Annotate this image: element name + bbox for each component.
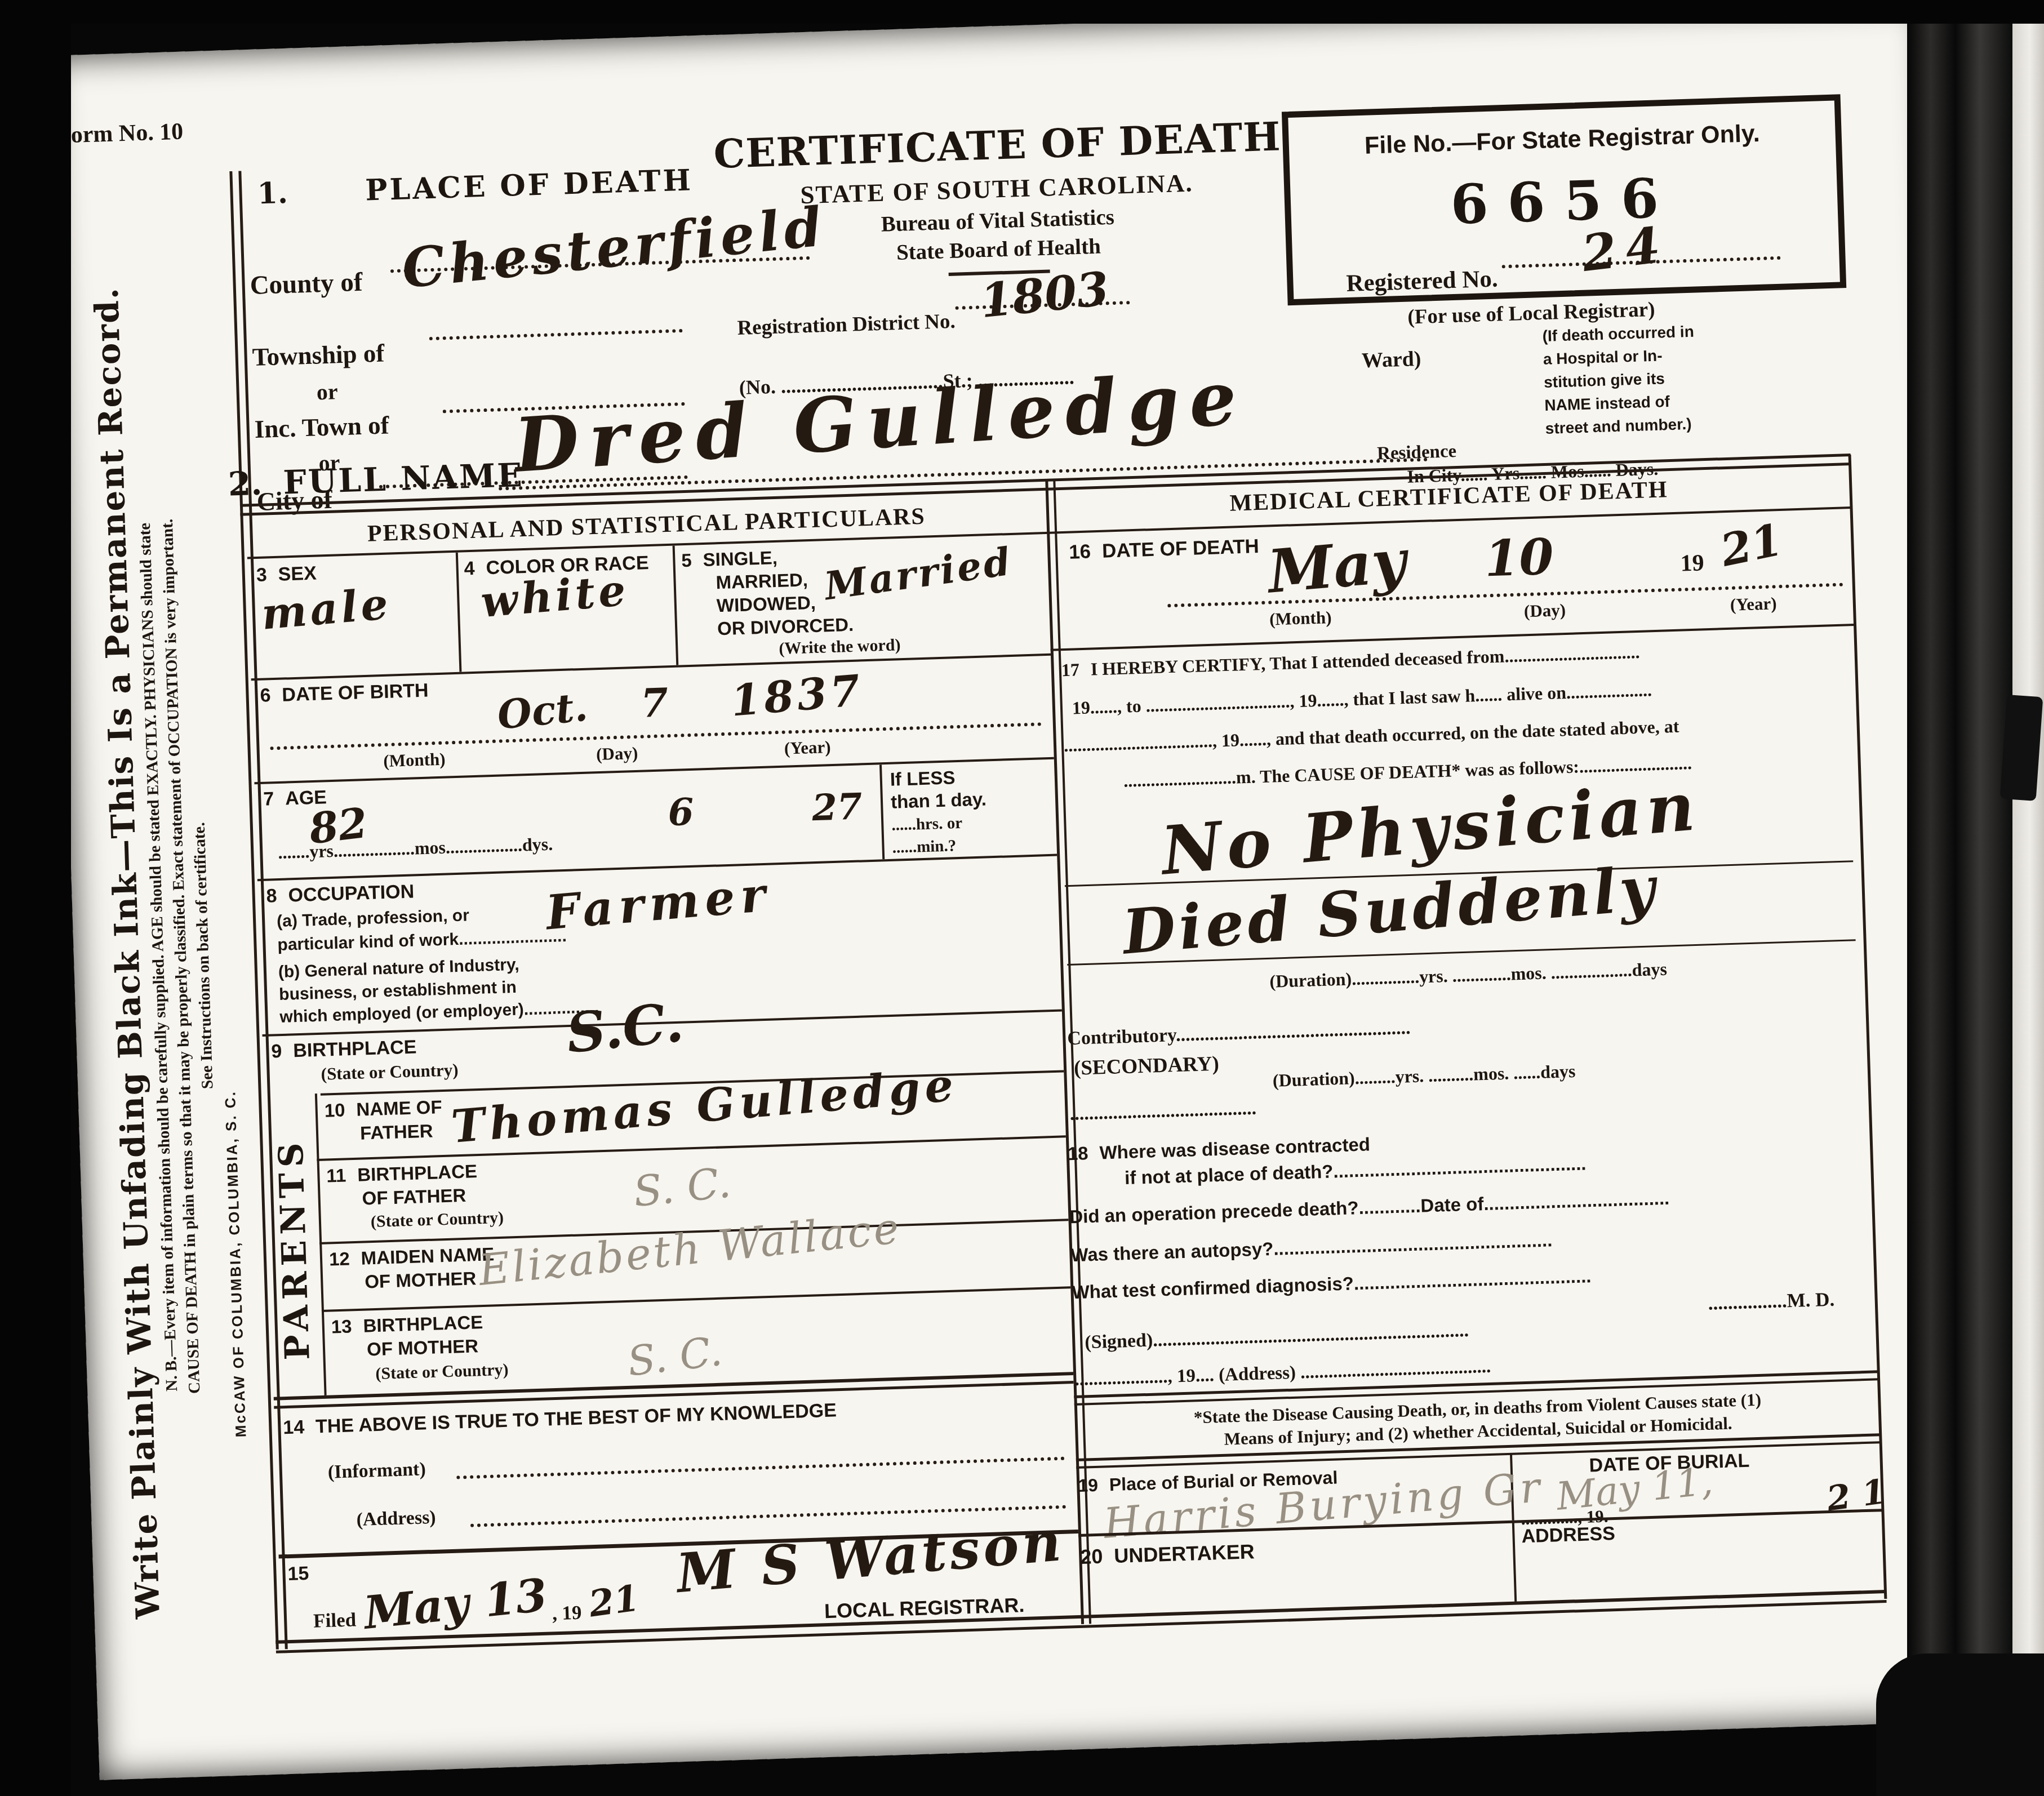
scan-right-white-strip (2012, 0, 2044, 1796)
undertaker-address-label: ADDRESS (1521, 1523, 1615, 1548)
filed-date-value: May 13 (361, 1568, 549, 1639)
dob-day-label: (Day) (596, 743, 638, 764)
file-number-value: 6656 (1290, 161, 1838, 242)
mother-maiden-number: 12 (328, 1248, 350, 1269)
father-name-value: Thomas Gulledge (449, 1058, 959, 1153)
md-line: ................M. D. (1708, 1288, 1835, 1315)
father-birthplace-label: 11BIRTHPLACE (326, 1161, 478, 1186)
disease-contracted-line1: 18Where was disease contracted (1067, 1133, 1370, 1164)
dob-month-value: Oct. (495, 683, 590, 739)
personal-section-header: PERSONAL AND STATISTICAL PARTICULARS (280, 500, 1013, 550)
contributory-secondary-label: (SECONDARY) (1073, 1052, 1219, 1081)
place-of-death-heading: PLACE OF DEATH (365, 163, 694, 207)
scan-right-dark-band (1907, 0, 2014, 1796)
or-1: or (316, 378, 338, 405)
dob-year-label: (Year) (784, 737, 831, 759)
birthplace-number: 9 (271, 1041, 282, 1063)
marital-number: 5 (681, 550, 692, 571)
dob-leader (270, 722, 1042, 750)
full-name-number: 2. (228, 464, 263, 504)
dob-number: 6 (260, 684, 271, 706)
date-of-death-number: 16 (1069, 540, 1091, 563)
dob-month-label: (Month) (383, 749, 446, 771)
birthplace-sublabel: (State or Country) (321, 1060, 459, 1084)
occupation-a-line2: particular kind of work.................… (277, 927, 567, 955)
mother-maiden-label: 12MAIDEN NAME (328, 1243, 494, 1270)
date-of-death-month: May (1265, 526, 1409, 607)
occupation-value: Farmer (544, 866, 773, 940)
truth-number: 14 (283, 1416, 305, 1438)
father-name-number: 10 (324, 1100, 345, 1121)
mother-birthplace-number: 13 (331, 1315, 352, 1337)
sex-color-divider (456, 553, 462, 672)
contributory-duration-line: (Duration).........yrs. ..........mos. .… (1272, 1061, 1576, 1091)
mother-maiden-value: Elizabeth Wallace (476, 1203, 903, 1296)
date-of-death-printed-year: 19 (1680, 549, 1704, 577)
age-days-value: 27 (811, 785, 863, 829)
full-name-label: FULL NAME (283, 456, 525, 501)
certificate-header: CERTIFICATE OF DEATH STATE OF SOUTH CARO… (713, 113, 1281, 283)
undertaker-number: 20 (1080, 1545, 1103, 1568)
date-of-death-label: 16DATE OF DEATH (1069, 535, 1260, 564)
township-leader (429, 329, 683, 340)
scan-top-edge (0, 0, 2044, 24)
dod-day-label: (Day) (1523, 600, 1566, 621)
certify-number: 17 (1061, 659, 1079, 680)
mother-birthplace-label: 13BIRTHPLACE (331, 1312, 483, 1337)
autopsy-line: Was there an autopsy?...................… (1070, 1229, 1553, 1266)
scan-left-edge (0, 0, 71, 1796)
registered-no-label: Registered No. (1346, 265, 1499, 297)
cause-duration-line: (Duration)...............yrs. ..........… (1269, 959, 1668, 992)
inc-town-label: Inc. Town of (254, 410, 389, 443)
registered-no-value: 24 (1579, 215, 1672, 283)
signed-line: (Signed)................................… (1085, 1320, 1469, 1353)
father-birthplace-sublabel: (State or Country) (371, 1208, 504, 1232)
marital-note: (Write the word) (779, 635, 901, 659)
undertaker-cell-divider (1512, 1521, 1517, 1604)
registration-district-label: Registration District No. (737, 309, 956, 340)
scan-corner-blob (1876, 1653, 2044, 1796)
rule-under-row345 (251, 654, 1051, 681)
county-label: County of (250, 267, 363, 301)
age-number: 7 (263, 788, 274, 810)
occupation-a-line1: (a) Trade, profession, or (277, 906, 470, 931)
filed-year-value: 21 (586, 1577, 642, 1625)
ward-label: Ward) (1361, 346, 1421, 373)
contributory-label: Contributory............................… (1067, 1017, 1411, 1050)
contributory-leader: ....................................... (1069, 1098, 1257, 1125)
filed-row-number: 15 (287, 1563, 309, 1585)
sex-label: 3SEX (256, 563, 317, 586)
certificate-paper: Write Plainly With Unfading Black Ink—Th… (46, 0, 1983, 1780)
marital-label-line4: OR DIVORCED. (717, 613, 854, 641)
hospital-note: (If death occurred in a Hospital or In- … (1542, 315, 1852, 440)
informant-label: (Informant) (327, 1459, 426, 1483)
age-months-value: 6 (667, 790, 694, 834)
scanned-death-certificate: { "margin": { "main": "Write Plainly Wit… (0, 0, 2044, 1796)
age-less-divider (879, 764, 885, 859)
mother-maiden-label2: OF MOTHER (365, 1268, 477, 1292)
informant-address-label: (Address) (356, 1507, 436, 1531)
test-confirmed-line: What test confirmed diagnosis?..........… (1072, 1265, 1592, 1303)
father-birthplace-label2: OF FATHER (362, 1185, 466, 1210)
age-min-line: ......min.? (892, 837, 957, 857)
undertaker-label: 20UNDERTAKER (1080, 1540, 1255, 1569)
father-name-label: 10NAME OF (324, 1096, 442, 1122)
birthplace-value: S.C. (563, 990, 686, 1065)
birthplace-label: 9BIRTHPLACE (271, 1036, 417, 1063)
mother-birthplace-label2: OF MOTHER (367, 1335, 479, 1360)
occupation-label: 8OCCUPATION (266, 881, 415, 907)
date-of-death-year: 21 (1716, 514, 1787, 576)
mother-birthplace-sublabel: (State or Country) (375, 1361, 509, 1384)
occupation-b-line2: business, or establishment in (279, 978, 517, 1004)
occupation-number: 8 (266, 885, 277, 907)
burial-number: 19 (1078, 1475, 1099, 1496)
township-label: Township of (252, 339, 385, 372)
age-less-line1: If LESS (890, 767, 956, 790)
item18-number: 18 (1067, 1142, 1088, 1164)
color-number: 4 (464, 558, 475, 580)
occupation-b-line1: (b) General nature of Industry, (278, 955, 520, 982)
certify-line3: ................................., 19...… (1064, 716, 1679, 756)
sex-number: 3 (256, 564, 267, 586)
form-number: Form No. 10 (56, 118, 184, 149)
age-hrs-line: ......hrs. or (891, 814, 963, 835)
father-birthplace-value: S. C. (631, 1158, 732, 1216)
age-less-line2: than 1 day. (890, 788, 987, 812)
mother-birthplace-value: S. C. (625, 1327, 725, 1385)
dob-day-value: 7 (640, 679, 669, 726)
registrar-signature: M S Watson (674, 1510, 1067, 1605)
filed-label: Filed (313, 1608, 357, 1632)
dob-label: 6DATE OF BIRTH (260, 679, 429, 706)
dod-month-label: (Month) (1269, 607, 1332, 629)
father-name-label2: FATHER (359, 1121, 433, 1144)
dod-year-label: (Year) (1730, 593, 1777, 615)
file-number-label: File No.—For State Registrar Only. (1288, 118, 1836, 162)
column-divider-outer (1045, 480, 1084, 1624)
certify-line2: 19......, to ...........................… (1072, 679, 1652, 718)
filed-printed-year: , 19 (552, 1602, 582, 1625)
scan-right-edge-mark (2000, 695, 2043, 801)
operation-line: Did an operation precede death?.........… (1069, 1188, 1670, 1228)
color-marital-divider (673, 546, 679, 665)
sex-value: male (259, 579, 393, 639)
date-of-death-day: 10 (1483, 527, 1554, 588)
father-birthplace-number: 11 (326, 1165, 346, 1186)
place-of-death-number: 1. (257, 176, 288, 211)
informant-leader (456, 1457, 1065, 1479)
dob-year-value: 1837 (729, 665, 865, 726)
